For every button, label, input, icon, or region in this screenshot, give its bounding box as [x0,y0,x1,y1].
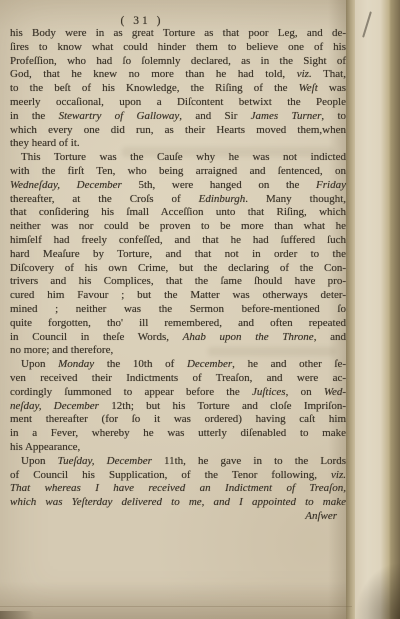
italic-text-segment: Wed- [324,386,346,398]
text-line: cured him Favour ; but the Matter was ot… [10,289,346,303]
page-number-header: ( 31 ) [10,15,346,27]
text-line: Upon Tueſday, December 11th, he gave in … [10,455,346,469]
text-line: they heard of it. [10,137,346,151]
italic-text-segment: neſday, December [10,400,99,412]
text-line: in the Stewartry of Galloway, and Sir Ja… [10,110,346,124]
text-segment: trivers and his Complices, that the ſame… [10,275,346,287]
text-segment: , to [321,110,346,122]
text-line: This Torture was the Cauſe why he was no… [10,151,346,165]
text-line: himſelf had freely confeſſed, and that h… [10,234,346,248]
text-line: neither was nor could be proven to be mo… [10,220,346,234]
text-line: which every one did run, as their Hearts… [10,124,346,138]
text-line: in Council in theſe Words, Ahab upon the… [10,331,346,345]
text-segment: 5th, were hanged on the [122,179,316,191]
bottom-edge-mark [0,611,34,619]
text-line: ment thereafter (for ſo it was ordered) … [10,413,346,427]
text-segment: cured him Favour ; but the Matter was ot… [10,289,346,301]
text-segment: the 10th of [94,358,187,370]
next-page-edge [355,0,391,619]
text-segment: ment thereafter (for ſo it was ordered) … [10,413,346,425]
text-line: in a Fever, whereby he was utterly diſen… [10,427,346,441]
text-segment: , and Sir [179,110,250,122]
book-fore-edge [391,0,400,619]
text-segment: That, [312,68,346,80]
text-line: that conſidering his ſmall Acceſſion unt… [10,206,346,220]
text-segment: cordingly ſummoned to appear before the [10,386,252,398]
text-segment: in the [10,110,59,122]
italic-text-segment: December [187,358,232,370]
text-line: no more; and therefore, [10,344,346,358]
text-line: Profeſſion, who had ſo ſolemnly declared… [10,55,346,69]
text-segment: 12th; but his Torture and cloſe Impriſon… [99,400,346,412]
italic-text-segment: viz. [297,68,312,80]
text-segment: mined ; neither was the Sermon before-me… [10,303,346,315]
text-line: to the beſt of his Knowledge, the Riſing… [10,82,346,96]
text-line: neſday, December 12th; but his Torture a… [10,400,346,414]
text-line: mined ; neither was the Sermon before-me… [10,303,346,317]
text-segment: to the beſt of his Knowledge, the Riſing… [10,82,299,94]
text-line: Diſcovery of his own Crime, but the decl… [10,262,346,276]
text-segment: This Torture was the Cauſe why he was no… [21,151,346,163]
text-line: Upon Monday the 10th of December, he and… [10,358,346,372]
text-segment: God, that he knew no more than he had to… [10,68,297,80]
italic-text-segment: Tueſday, December [58,455,152,467]
text-line: meerly occaſional, upon a Diſcontent bet… [10,96,346,110]
italic-text-segment: Anſwer [305,510,337,522]
text-segment: Upon [21,455,58,467]
text-line: quite forgotten, tho' ill remembered, an… [10,317,346,331]
text-line: Anſwer [10,510,346,524]
text-line: Wedneſday, December 5th, were hanged on … [10,179,346,193]
italic-text-segment: Weſt [299,82,318,94]
text-segment: his Body were in as great Torture as tha… [10,27,346,39]
italic-text-segment: Ahab upon the Throne [183,331,314,343]
bottom-crease [0,606,352,607]
text-segment: Diſcovery of his own Crime, but the decl… [10,262,346,274]
text-block: his Body were in as great Torture as tha… [10,27,346,524]
text-segment: his Appearance, [10,441,80,453]
text-segment: with the firſt Ten, who being arraigned … [10,165,346,177]
text-segment: thereafter, at the Croſs of [10,193,199,205]
text-segment: Profeſſion, who had ſo ſolemnly declared… [10,55,346,67]
text-segment: they heard of it. [10,137,80,149]
text-segment: quite forgotten, tho' ill remembered, an… [10,317,346,329]
text-line: thereafter, at the Croſs of Edinburgh. M… [10,193,346,207]
italic-text-segment: Edinburgh [199,193,246,205]
text-segment: which every one did run, as their Hearts… [10,124,346,136]
text-segment: hard Meaſure by Torture, and that not in… [10,248,346,260]
text-line: ſires to know what could hinder them to … [10,41,346,55]
text-segment: , and [314,331,346,343]
page-crease [346,0,355,619]
text-segment: . Many thought, [245,193,346,205]
text-line: God, that he knew no more than he had to… [10,68,346,82]
text-segment: meerly occaſional, upon a Diſcontent bet… [10,96,346,108]
text-line: hard Meaſure by Torture, and that not in… [10,248,346,262]
text-segment: of Council his Supplication, of the Teno… [10,469,331,481]
text-line: ven received their Indictments of Treaſo… [10,372,346,386]
text-segment: no more; and therefore, [10,344,113,356]
text-segment: 11th, he gave in to the Lords [152,455,346,467]
text-segment: ſires to know what could hinder them to … [10,41,346,53]
text-segment: , he and other ſe- [232,358,346,370]
text-line: his Body were in as great Torture as tha… [10,27,346,41]
italic-text-segment: James Turner [251,110,322,122]
italic-text-segment: Stewartry of Galloway [59,110,180,122]
book-page-scan: ( 31 ) his Body were in as great Torture… [0,0,400,619]
text-segment: was [318,82,346,94]
text-segment: , on [286,386,324,398]
italic-text-segment: Friday [316,179,346,191]
text-segment: in a Fever, whereby he was utterly diſen… [10,427,346,439]
italic-text-segment: That whereas I have received an Indictme… [10,482,346,494]
text-line: cordingly ſummoned to appear before the … [10,386,346,400]
italic-text-segment: Wedneſday, December [10,179,122,191]
italic-text-segment: viz. [331,469,346,481]
text-line: trivers and his Complices, that the ſame… [10,275,346,289]
text-segment: that conſidering his ſmall Acceſſion unt… [10,206,346,218]
text-line: with the firſt Ten, who being arraigned … [10,165,346,179]
italic-text-segment: Monday [58,358,94,370]
text-line: That whereas I have received an Indictme… [10,482,346,496]
text-segment: neither was nor could be proven to be mo… [10,220,346,232]
text-line: of Council his Supplication, of the Teno… [10,469,346,483]
text-segment: in Council in theſe Words, [10,331,183,343]
text-segment: himſelf had freely confeſſed, and that h… [10,234,346,246]
italic-text-segment: which was Yeſterday delivered to me, and… [10,496,346,508]
text-line: which was Yeſterday delivered to me, and… [10,496,346,510]
text-line: his Appearance, [10,441,346,455]
italic-text-segment: Juſtices [252,386,286,398]
text-segment: Upon [21,358,58,370]
text-segment: ven received their Indictments of Treaſo… [10,372,346,384]
